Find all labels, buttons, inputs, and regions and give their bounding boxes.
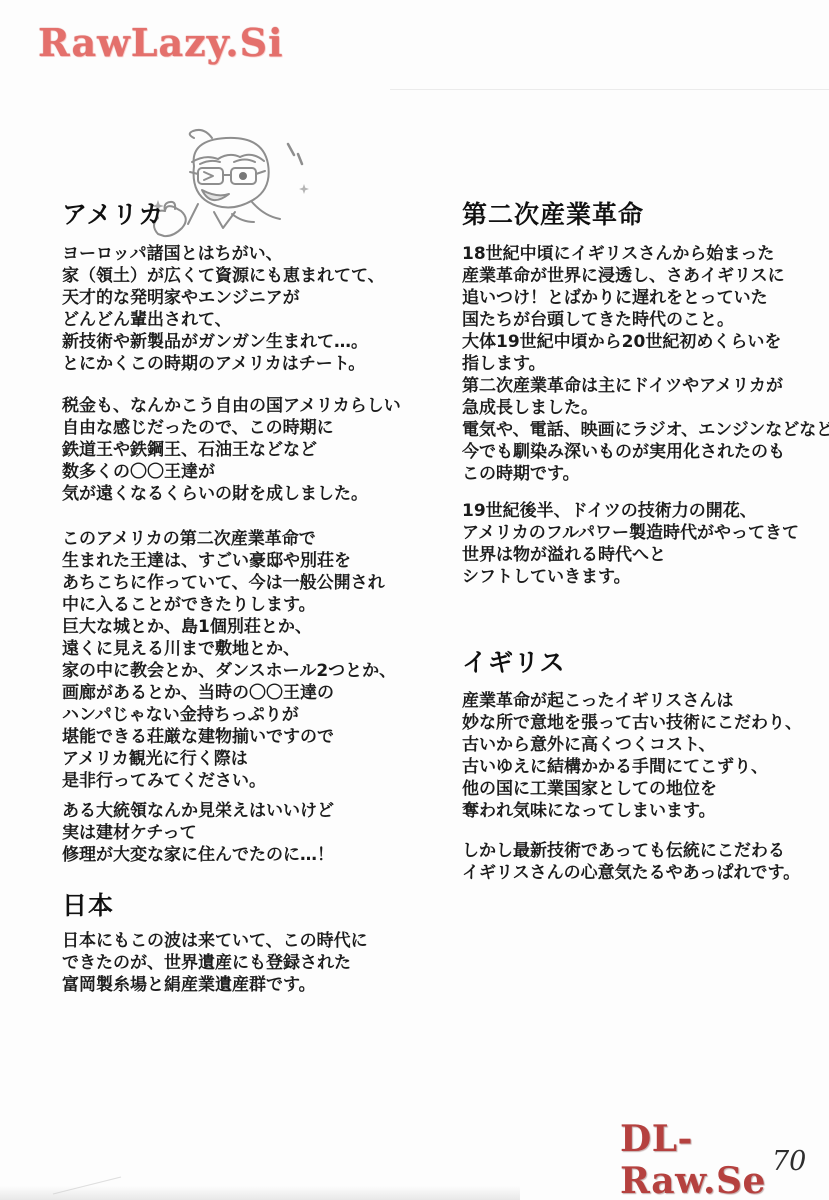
sparkle-icon <box>299 184 309 194</box>
paragraph-america-3: このアメリカの第二次産業革命で生まれた王達は、すごい豪邸や別荘をあちこちに作って… <box>62 528 396 792</box>
text-line: ハンパじゃない金持ちっぷりが <box>62 704 396 726</box>
text-line: 新技術や新製品がガンガン生まれて…。 <box>62 331 385 353</box>
text-line: 富岡製糸場と絹産業遺産群です。 <box>62 974 368 996</box>
text-line: あちこちに作っていて、今は一般公開され <box>62 572 396 594</box>
text-line: 追いつけ！とばかりに遅れをとっていた <box>462 287 829 309</box>
jacket-collar <box>252 202 280 219</box>
motion-dash-icon <box>288 144 294 155</box>
text-line: 中に入ることができたりします。 <box>62 594 396 616</box>
heading-uk: イギリス <box>462 643 566 679</box>
text-line: イギリスさんの心意気たるやあっぱれです。 <box>462 862 800 884</box>
eyebrow <box>234 160 255 163</box>
text-line: ヨーロッパ諸国とはちがい、 <box>62 243 385 265</box>
text-line: シフトしていきます。 <box>462 566 799 588</box>
heading-second-industrial-revolution: 第二次産業革命 <box>462 195 644 231</box>
motion-dash-icon <box>298 154 302 164</box>
text-line: 家（領土）が広くて資源にも恵まれてて、 <box>62 265 385 287</box>
text-line: 修理が大変な家に住んでたのに…！ <box>62 844 334 866</box>
text-line: 奪われ気味になってしまいます。 <box>462 800 802 822</box>
text-line: 古いゆえに結構かかる手間にてこずり、 <box>462 756 802 778</box>
text-line: 税金も、なんかこう自由の国アメリカらしい <box>62 395 401 417</box>
text-line: 気が遠くなるくらいの財を成しました。 <box>62 483 401 505</box>
text-line: 是非行ってみてください。 <box>62 770 396 792</box>
page-number: 70 <box>772 1146 806 1177</box>
text-line: 日本にもこの波は来ていて、この時代に <box>62 930 368 952</box>
text-line: 電気や、電話、映画にラジオ、エンジンなどなど、 <box>462 419 829 441</box>
text-line: アメリカ観光に行く際は <box>62 748 396 770</box>
glasses-temple <box>190 172 198 174</box>
text-line: 堪能できる荘厳な建物揃いですので <box>62 726 396 748</box>
scanned-page: RawLazy.Si <box>0 0 829 1200</box>
paragraph-america-1: ヨーロッパ諸国とはちがい、家（領土）が広くて資源にも恵まれてて、天才的な発明家や… <box>62 243 385 375</box>
eyebrow <box>200 161 220 164</box>
text-line: アメリカのフルパワー製造時代がやってきて <box>462 522 799 544</box>
paragraph-uk-1: 産業革命が起こったイギリスさんは妙な所で意地を張って古い技術にこだわり、古いから… <box>462 690 802 822</box>
text-line: 指します。 <box>462 353 829 375</box>
text-line: 遠くに見える川まで敷地とか、 <box>62 638 396 660</box>
open-eye <box>239 172 247 180</box>
text-line: 急成長しました。 <box>462 397 829 419</box>
text-line: 古いから意外に高くつくコスト、 <box>462 734 802 756</box>
text-line: 天才的な発明家やエンジニアが <box>62 287 385 309</box>
hair-fringe <box>218 155 240 159</box>
text-line: 産業革命が起こったイギリスさんは <box>462 690 802 712</box>
glasses-icon <box>198 168 223 184</box>
glasses-temple <box>256 171 265 174</box>
text-line: 生まれた王達は、すごい豪邸や別荘を <box>62 550 396 572</box>
heading-japan: 日本 <box>62 886 114 922</box>
paragraph-america-4: ある大統領なんか見栄えはいいけど実は建材ケチって修理が大変な家に住んでたのに…！ <box>62 800 334 866</box>
text-line: しかし最新技術であっても伝統にこだわる <box>462 840 800 862</box>
text-line: 19世紀後半、ドイツの技術力の開花、 <box>462 500 799 522</box>
text-line: どんどん輩出されて、 <box>62 309 385 331</box>
text-line: 第二次産業革命は主にドイツやアメリカが <box>462 375 829 397</box>
paragraph-america-2: 税金も、なんかこう自由の国アメリカらしい自由な感じだったので、この時期に鉄道王や… <box>62 395 401 505</box>
watermark-rawlazy: RawLazy.Si <box>38 20 284 65</box>
text-line: 国たちが台頭してきた時代のこと。 <box>462 309 829 331</box>
scan-artifact-line <box>390 89 829 90</box>
text-line: 自由な感じだったので、この時期に <box>62 417 401 439</box>
ahoge-hair-strand <box>190 130 212 138</box>
text-line: 実は建材ケチって <box>62 822 334 844</box>
text-line: 家の中に教会とか、ダンスホール2つとか、 <box>62 660 396 682</box>
text-line: 大体19世紀中頃から20世紀初めくらいを <box>462 331 829 353</box>
text-line: 世界は物が溢れる時代へと <box>462 544 799 566</box>
text-line: 妙な所で意地を張って古い技術にこだわり、 <box>462 712 802 734</box>
text-line: ある大統領なんか見栄えはいいけど <box>62 800 334 822</box>
jacket-collar <box>232 214 254 222</box>
text-line: 画廊があるとか、当時の〇〇王達の <box>62 682 396 704</box>
text-line: 巨大な城とか、島1個別荘とか、 <box>62 616 396 638</box>
text-line: この時期です。 <box>462 463 829 485</box>
open-mouth <box>202 190 229 200</box>
text-line: 他の国に工業国家としての地位を <box>462 778 802 800</box>
paragraph-revolution-1: 18世紀中頃にイギリスさんから始まった産業革命が世界に浸透し、さあイギリスに追い… <box>462 243 829 485</box>
text-line: 鉄道王や鉄鋼王、石油王などなど <box>62 439 401 461</box>
text-line: 18世紀中頃にイギリスさんから始まった <box>462 243 829 265</box>
paragraph-japan-1: 日本にもこの波は来ていて、この時代にできたのが、世界遺産にも登録された富岡製糸場… <box>62 930 368 996</box>
wink-eye <box>204 172 213 180</box>
text-line: とにかくこの時期のアメリカはチート。 <box>62 353 385 375</box>
paragraph-uk-2: しかし最新技術であっても伝統にこだわるイギリスさんの心意気たるやあっぱれです。 <box>462 840 800 884</box>
heading-america: アメリカ <box>62 195 164 231</box>
text-line: 産業革命が世界に浸透し、さあイギリスに <box>462 265 829 287</box>
text-line: できたのが、世界遺産にも登録された <box>62 952 368 974</box>
text-line: 今でも馴染み深いものが実用化されたのも <box>462 441 829 463</box>
text-line: このアメリカの第二次産業革命で <box>62 528 396 550</box>
text-line: 数多くの〇〇王達が <box>62 461 401 483</box>
paragraph-revolution-2: 19世紀後半、ドイツの技術力の開花、アメリカのフルパワー製造時代がやってきて世界… <box>462 500 799 588</box>
jacket-collar <box>188 204 198 224</box>
